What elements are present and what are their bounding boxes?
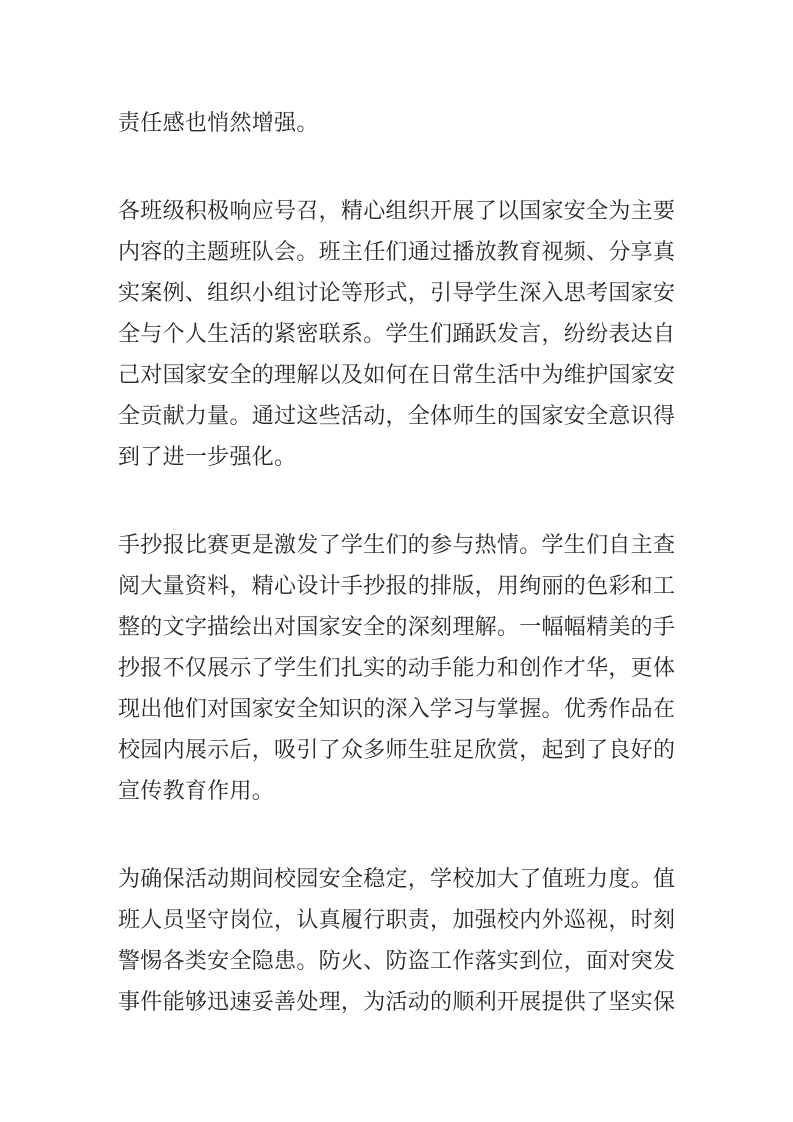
text-line: 为确保活动期间校园安全稳定，学校加大了值班力度。值 xyxy=(118,858,675,899)
text-line: 抄报不仅展示了学生们扎实的动手能力和创作才华，更体 xyxy=(118,647,675,688)
text-line: 警惕各类安全隐患。防火、防盗工作落实到位，面对突发 xyxy=(118,940,675,981)
text-line: 手抄报比赛更是激发了学生们的参与热情。学生们自主查 xyxy=(118,524,675,565)
document-page: 责任感也悄然增强。各班级积极响应号召，精心组织开展了以国家安全为主要内容的主题班… xyxy=(0,0,793,1122)
text-line: 全与个人生活的紧密联系。学生们踊跃发言，纷纷表达自 xyxy=(118,313,675,354)
text-line: 宣传教育作用。 xyxy=(118,770,675,811)
text-line: 班人员坚守岗位，认真履行职责，加强校内外巡视，时刻 xyxy=(118,899,675,940)
text-line: 事件能够迅速妥善处理，为活动的顺利开展提供了坚实保 xyxy=(118,981,675,1022)
document-body: 责任感也悄然增强。各班级积极响应号召，精心组织开展了以国家安全为主要内容的主题班… xyxy=(0,0,793,1022)
text-line: 到了进一步强化。 xyxy=(118,436,675,477)
text-line: 阅大量资料，精心设计手抄报的排版，用绚丽的色彩和工 xyxy=(118,565,675,606)
text-line: 全贡献力量。通过这些活动，全体师生的国家安全意识得 xyxy=(118,395,675,436)
paragraph: 各班级积极响应号召，精心组织开展了以国家安全为主要内容的主题班队会。班主任们通过… xyxy=(118,190,675,477)
paragraph: 手抄报比赛更是激发了学生们的参与热情。学生们自主查阅大量资料，精心设计手抄报的排… xyxy=(118,524,675,811)
text-line: 实案例、组织小组讨论等形式，引导学生深入思考国家安 xyxy=(118,272,675,313)
text-line: 责任感也悄然增强。 xyxy=(118,102,675,143)
text-line: 现出他们对国家安全知识的深入学习与掌握。优秀作品在 xyxy=(118,688,675,729)
text-line: 校园内展示后，吸引了众多师生驻足欣赏，起到了良好的 xyxy=(118,729,675,770)
text-line: 各班级积极响应号召，精心组织开展了以国家安全为主要 xyxy=(118,190,675,231)
paragraph: 责任感也悄然增强。 xyxy=(118,102,675,143)
text-line: 内容的主题班队会。班主任们通过播放教育视频、分享真 xyxy=(118,231,675,272)
text-line: 己对国家安全的理解以及如何在日常生活中为维护国家安 xyxy=(118,354,675,395)
text-line: 整的文字描绘出对国家安全的深刻理解。一幅幅精美的手 xyxy=(118,606,675,647)
paragraph: 为确保活动期间校园安全稳定，学校加大了值班力度。值班人员坚守岗位，认真履行职责，… xyxy=(118,858,675,1022)
